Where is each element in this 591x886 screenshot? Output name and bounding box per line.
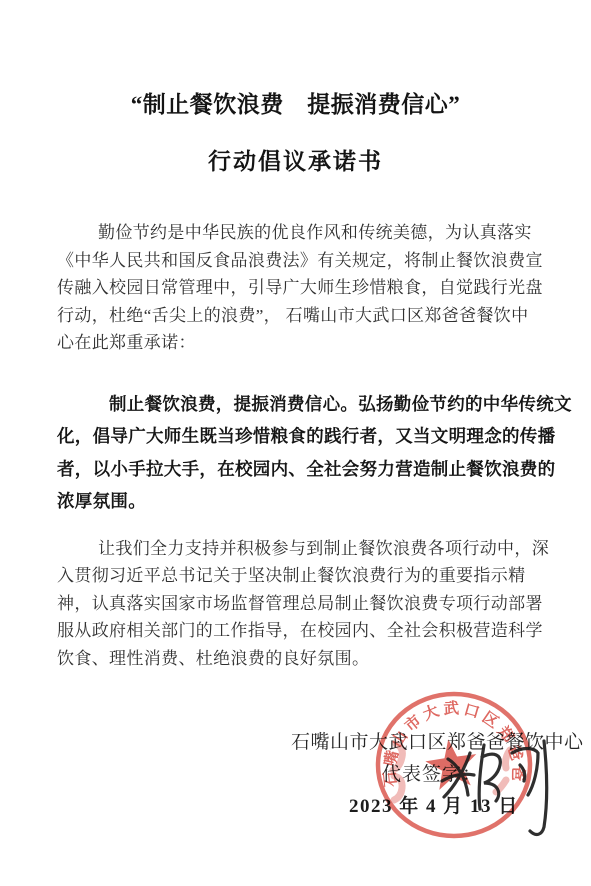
paragraph-line: 传融入校园日常管理中，引导广大师生珍惜粮食，自觉践行光盘	[57, 274, 591, 302]
paragraph-line: 让我们全力支持并积极参与到制止餐饮浪费各项行动中，深	[57, 535, 591, 563]
paragraph-line: 浓厚氛围。	[57, 485, 591, 517]
paragraph-line: 者，以小手拉大手，在校园内、全社会努力营造制止餐饮浪费的	[57, 453, 591, 485]
paragraph-line: 化，倡导广大师生既当珍惜粮食的践行者，又当文明理念的传播	[57, 420, 591, 452]
document-title-line2: 行动倡议承诺书	[0, 147, 591, 177]
paragraph-line: 神，认真落实国家市场监督管理总局制止餐饮浪费专项行动部署	[57, 590, 591, 618]
paragraph-line: 制止餐饮浪费，提振消费信心。弘扬勤俭节约的中华传统文	[57, 388, 591, 420]
handwritten-signature: 郑刚	[440, 735, 560, 847]
paragraph-line: 饮食、理性消费、杜绝浪费的良好氛围。	[57, 645, 591, 673]
paragraph-3: 让我们全力支持并积极参与到制止餐饮浪费各项行动中，深入贯彻习近平总书记关于坚决制…	[0, 535, 591, 673]
paragraph-line: 勤俭节约是中华民族的优良作风和传统美德，为认真落实	[57, 219, 591, 247]
paragraph-line: 心在此郑重承诺：	[57, 329, 591, 357]
document-body: 勤俭节约是中华民族的优良作风和传统美德，为认真落实《中华人民共和国反食品浪费法》…	[0, 219, 591, 673]
paragraph-line: 《中华人民共和国反食品浪费法》有关规定，将制止餐饮浪费宣	[57, 247, 591, 275]
document-title-line1: “制止餐饮浪费 提振消费信心”	[0, 90, 591, 120]
paragraph-line: 入贯彻习近平总书记关于坚决制止餐饮浪费行为的重要指示精	[57, 562, 591, 590]
paragraph-1: 勤俭节约是中华民族的优良作风和传统美德，为认真落实《中华人民共和国反食品浪费法》…	[0, 219, 591, 357]
paragraph-line: 行动，杜绝“舌尖上的浪费”， 石嘴山市大武口区郑爸爸餐饮中	[57, 302, 591, 330]
paragraph-2: 制止餐饮浪费，提振消费信心。弘扬勤俭节约的中华传统文化，倡导广大师生既当珍惜粮食…	[0, 388, 591, 518]
document-page: “制止餐饮浪费 提振消费信心” 行动倡议承诺书 勤俭节约是中华民族的优良作风和传…	[0, 0, 591, 886]
paragraph-line: 服从政府相关部门的工作指导，在校园内、全社会积极营造科学	[57, 617, 591, 645]
